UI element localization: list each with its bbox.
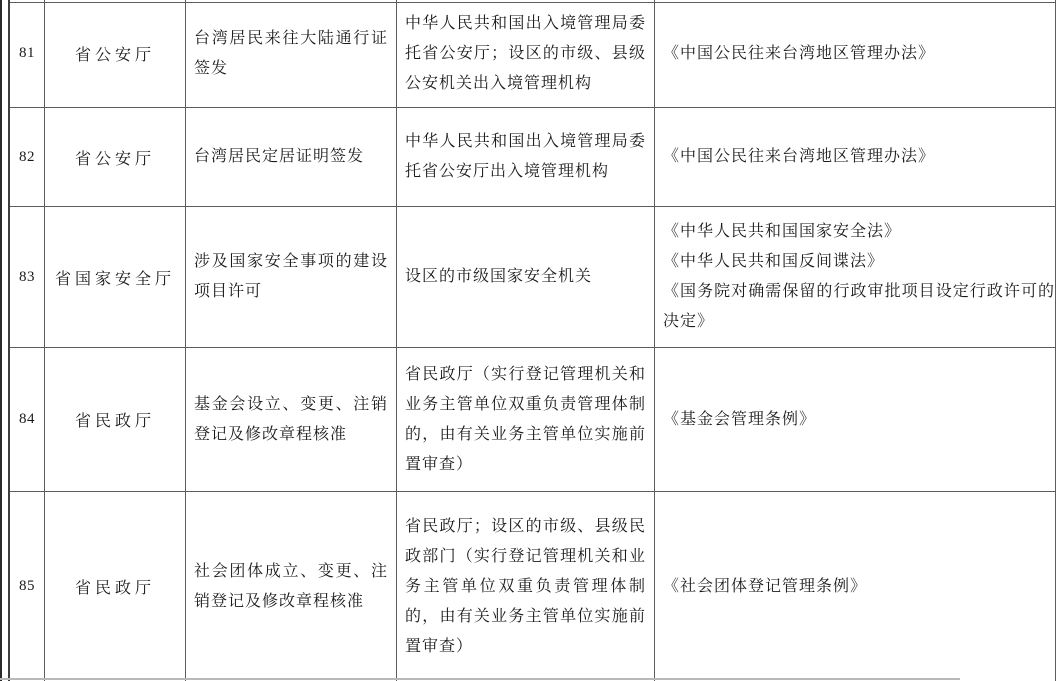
legal-basis-cell: 《基金会管理条例》: [655, 348, 1056, 492]
legal-basis-text: 《中国公民往来台湾地区管理办法》: [663, 142, 1055, 172]
row-number-cell: 84: [10, 348, 45, 492]
item-name-text: 涉及国家安全事项的建设项目许可: [194, 247, 388, 307]
item-name-text: 台湾居民定居证明签发: [194, 142, 388, 172]
legal-basis-text: 《中华人民共和国国家安全法》 《中华人民共和国反间谍法》 《国务院对确需保留的行…: [663, 217, 1055, 337]
legal-basis-cell: 《中国公民往来台湾地区管理办法》: [655, 0, 1056, 108]
authority-cell: 设区的市级国家安全机关: [397, 207, 655, 348]
scan-artifact-bottom: [0, 678, 960, 680]
legal-basis-cell: 《社会团体登记管理条例》: [655, 492, 1056, 681]
authority-text: 中华人民共和国出入境管理局委托省公安厅；设区的市级、县级公安机关出入境管理机构: [405, 9, 646, 99]
item-name-cell: 台湾居民来往大陆通行证签发: [186, 0, 397, 108]
department-cell: 省国家安全厅: [45, 207, 186, 348]
department-cell: 省公安厅: [45, 108, 186, 207]
page-scan-edge: [0, 0, 2, 681]
legal-basis-cell: 《中国公民往来台湾地区管理办法》: [655, 108, 1056, 207]
item-name-cell: 基金会设立、变更、注销登记及修改章程核准: [186, 348, 397, 492]
item-name-text: 基金会设立、变更、注销登记及修改章程核准: [194, 390, 388, 450]
row-number-cell: 85: [10, 492, 45, 681]
item-name-cell: 台湾居民定居证明签发: [186, 108, 397, 207]
item-name-text: 台湾居民来往大陆通行证签发: [194, 24, 388, 84]
item-name-cell: 社会团体成立、变更、注销登记及修改章程核准: [186, 492, 397, 681]
authority-text: 省民政厅（实行登记管理机关和业务主管单位双重负责管理体制的，由有关业务主管单位实…: [405, 360, 646, 480]
authority-text: 省民政厅；设区的市级、县级民政部门（实行登记管理机关和业务主管单位双重负责管理体…: [405, 512, 646, 662]
scanned-document-page: 81 省公安厅 台湾居民来往大陆通行证签发 中华人民共和国出入境管理局委托省公安…: [0, 0, 1059, 681]
row-number-cell: 83: [10, 207, 45, 348]
law-title: 《国务院对确需保留的行政审批项目设定行政许可的决定》: [663, 277, 1055, 337]
legal-basis-cell: 《中华人民共和国国家安全法》 《中华人民共和国反间谍法》 《国务院对确需保留的行…: [655, 207, 1056, 348]
law-title: 《中国公民往来台湾地区管理办法》: [663, 142, 1055, 172]
law-title: 《基金会管理条例》: [663, 405, 1055, 435]
law-title: 《中华人民共和国反间谍法》: [663, 247, 1055, 277]
law-title: 《中华人民共和国国家安全法》: [663, 217, 1055, 247]
authority-cell: 中华人民共和国出入境管理局委托省公安厅；设区的市级、县级公安机关出入境管理机构: [397, 0, 655, 108]
authority-cell: 省民政厅；设区的市级、县级民政部门（实行登记管理机关和业务主管单位双重负责管理体…: [397, 492, 655, 681]
authority-cell: 中华人民共和国出入境管理局委托省公安厅出入境管理机构: [397, 108, 655, 207]
licensing-items-table: 81 省公安厅 台湾居民来往大陆通行证签发 中华人民共和国出入境管理局委托省公安…: [8, 0, 1056, 681]
legal-basis-text: 《基金会管理条例》: [663, 405, 1055, 435]
authority-text: 设区的市级国家安全机关: [405, 262, 646, 292]
law-title: 《中国公民往来台湾地区管理办法》: [663, 39, 1055, 69]
item-name-cell: 涉及国家安全事项的建设项目许可: [186, 207, 397, 348]
authority-text: 中华人民共和国出入境管理局委托省公安厅出入境管理机构: [405, 127, 646, 187]
legal-basis-text: 《中国公民往来台湾地区管理办法》: [663, 39, 1055, 69]
row-number-cell: 81: [10, 0, 45, 108]
row-number-cell: 82: [10, 108, 45, 207]
legal-basis-text: 《社会团体登记管理条例》: [663, 572, 1055, 602]
law-title: 《社会团体登记管理条例》: [663, 572, 1055, 602]
department-cell: 省民政厅: [45, 348, 186, 492]
item-name-text: 社会团体成立、变更、注销登记及修改章程核准: [194, 557, 388, 617]
authority-cell: 省民政厅（实行登记管理机关和业务主管单位双重负责管理体制的，由有关业务主管单位实…: [397, 348, 655, 492]
department-cell: 省民政厅: [45, 492, 186, 681]
department-cell: 省公安厅: [45, 0, 186, 108]
